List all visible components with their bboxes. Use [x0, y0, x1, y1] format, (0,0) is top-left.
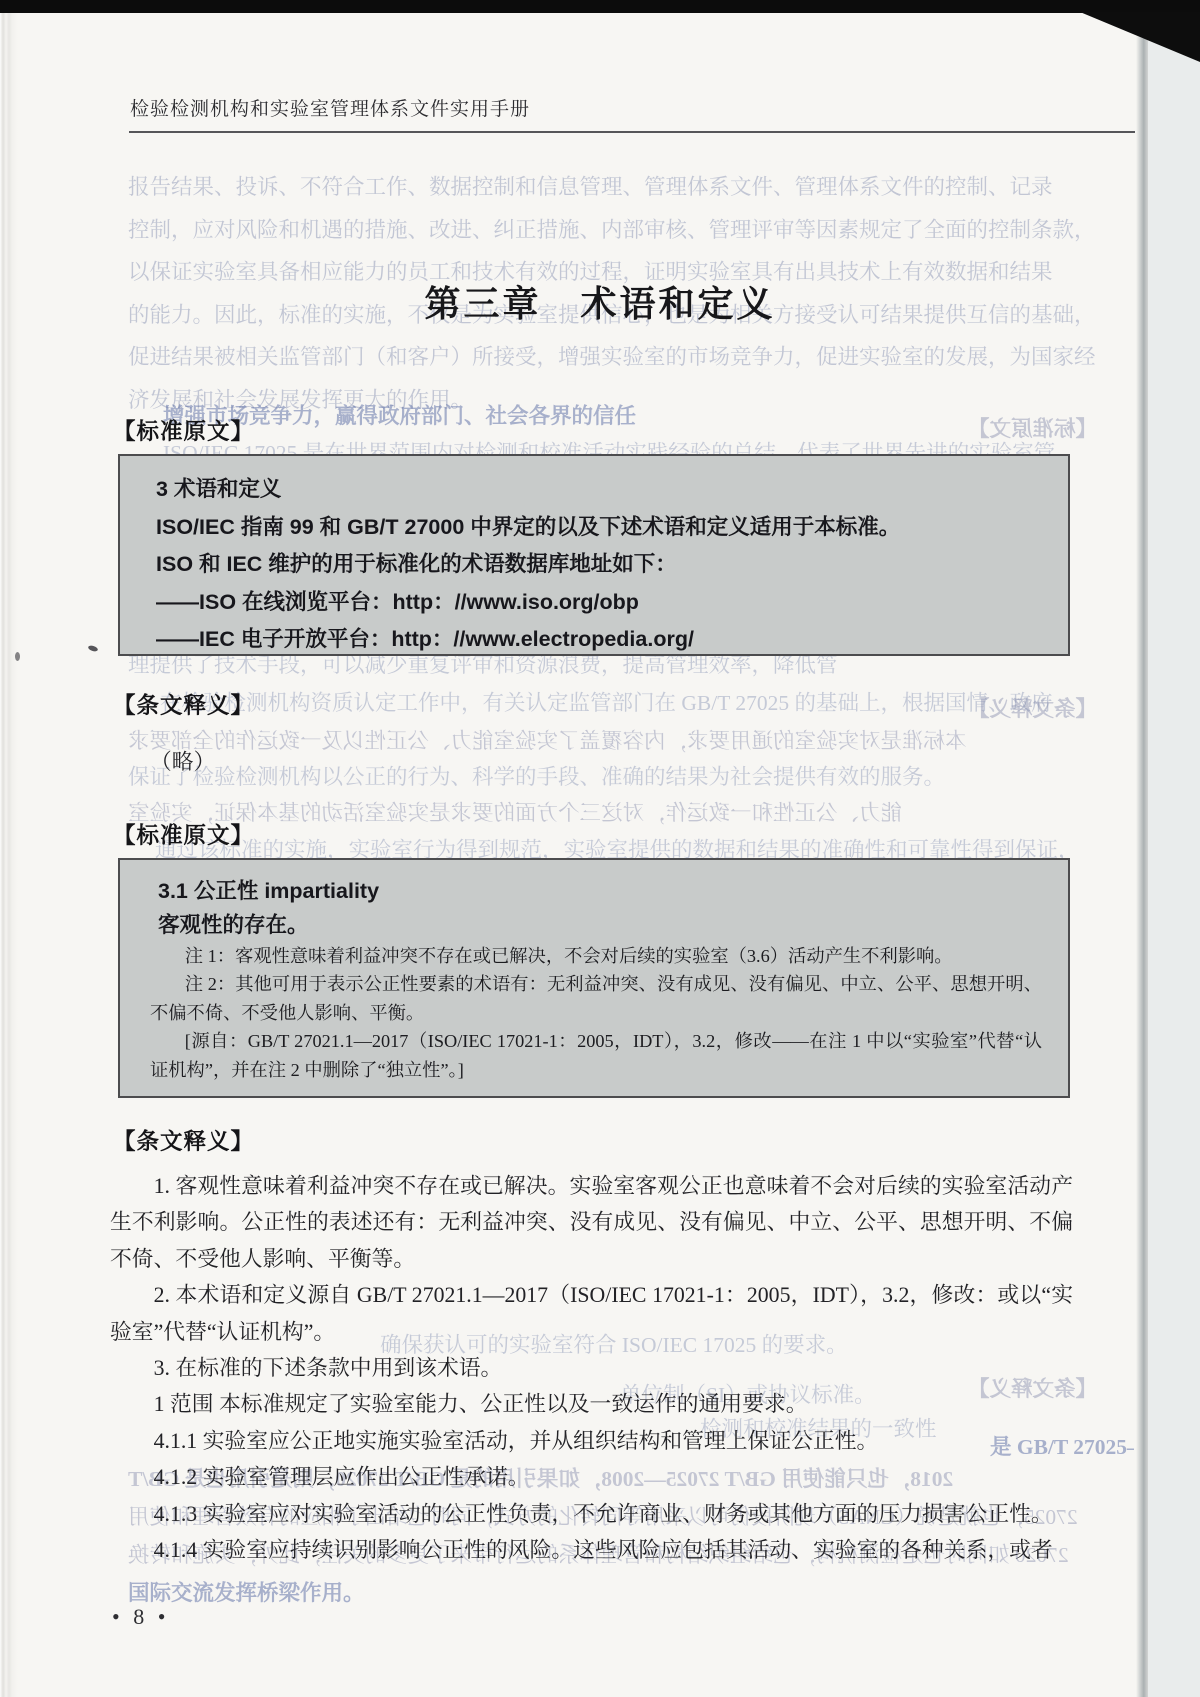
facing-page-sliver	[1148, 13, 1200, 1697]
section-label-interpretation: 【条文释义】	[113, 1124, 254, 1156]
ghost-line: 本标准是对实验室的通用要求，内容覆盖了实验室能力、公正性以及一致运作的全部要求	[128, 724, 967, 755]
running-header: 检验检测机构和实验室管理体系文件实用手册	[130, 94, 530, 121]
ghost-line: 在检验检测机构资质认定工作中，有关认定监管部门在 GB/T 27025 的基础上…	[160, 686, 1052, 717]
term-note1: 注 1：客观性意味着利益冲突不存在或已解决，不会对后续的实验室（3.6）活动产生…	[150, 942, 1042, 970]
standard-quote-box-impartiality: 3.1 公正性 impartiality 客观性的存在。 注 1：客观性意味着利…	[118, 858, 1070, 1098]
term-note2: 注 2：其他可用于表示公正性要素的术语有：无利益冲突、没有成见、没有偏见、中立、…	[150, 970, 1042, 1027]
scanned-book-page: 报告结果、投诉、不符合工作、数据控制和信息管理、管理体系文件、管理体系文件的控制…	[0, 0, 1200, 1697]
interpretation-paragraph: 4.1.2 实验室管理层应作出公正性承诺。	[110, 1459, 1073, 1495]
ghost-line: 报告结果、投诉、不符合工作、数据控制和信息管理、管理体系文件、管理体系文件的控制…	[128, 166, 1128, 209]
interpretation-paragraph: 2. 本术语和定义源自 GB/T 27021.1—2017（ISO/IEC 17…	[110, 1277, 1073, 1350]
section-label-standard-text: 【标准原文】	[113, 818, 254, 850]
interpretation-body: 1. 客观性意味着利益冲突不存在或已解决。实验室客观公正也意味着不会对后续的实验…	[110, 1168, 1073, 1568]
box-line: ISO 和 IEC 维护的用于标准化的术语数据库地址如下：	[156, 546, 1040, 584]
interpretation-paragraph: 4.1.1 实验室应公正地实施实验室活动，并从组织结构和管理上保证公正性。	[110, 1423, 1073, 1459]
omitted-note: （略）	[150, 745, 215, 776]
scanner-edge-top	[0, 0, 1200, 13]
interpretation-paragraph: 4.1.4 实验室应持续识别影响公正性的风险。这些风险应包括其活动、实验室的各种…	[110, 1532, 1073, 1568]
standard-quote-box-terms: 3 术语和定义 ISO/IEC 指南 99 和 GB/T 27000 中界定的以…	[118, 454, 1070, 656]
term-source: [源自：GB/T 27021.1—2017（ISO/IEC 17021-1：20…	[150, 1027, 1042, 1084]
term-definition: 客观性的存在。	[158, 908, 1042, 942]
ghost-line: 控制，应对风险和机遇的措施、改进、纠正措施、内部审核、管理评审等因素规定了全面的…	[128, 209, 1128, 252]
box-line-iec-url: ——IEC 电子开放平台：http：//www.electropedia.org…	[156, 621, 1040, 659]
header-rule	[129, 131, 1135, 133]
ink-speck	[15, 652, 20, 661]
interpretation-paragraph: 3. 在标准的下述条款中用到该术语。	[110, 1350, 1073, 1386]
ghost-line: 促进结果被相关监管部门（和客户）所接受，增强实验室的市场竞争力，促进实验室的发展…	[128, 336, 1128, 379]
ghost-line: 【标准原文】	[968, 412, 1097, 443]
term-heading: 3.1 公正性 impartiality	[158, 874, 1042, 908]
book-page-edges	[0, 13, 36, 1697]
page-number: • 8 •	[112, 1604, 169, 1630]
section-label-interpretation: 【条文释义】	[113, 688, 254, 720]
box-line: ISO/IEC 指南 99 和 GB/T 27000 中界定的以及下述术语和定义…	[156, 509, 1040, 547]
ghost-line: 保证了检验检测机构以公正的行为、科学的手段、准确的结果为社会提供有效的服务。	[128, 760, 945, 791]
box-heading: 3 术语和定义	[156, 471, 1040, 509]
section-label-standard-text: 【标准原文】	[113, 414, 254, 446]
interpretation-paragraph: 4.1.3 实验室应对实验室活动的公正性负责，不允许商业、财务或其他方面的压力损…	[110, 1496, 1073, 1532]
interpretation-paragraph: 1. 客观性意味着利益冲突不存在或已解决。实验室客观公正也意味着不会对后续的实验…	[110, 1168, 1073, 1277]
interpretation-paragraph: 1 范围 本标准规定了实验室能力、公正性以及一致运作的通用要求。	[110, 1386, 1073, 1422]
chapter-title: 第三章 术语和定义	[130, 276, 1070, 327]
ghost-line: 国际交流发挥桥梁作用。	[128, 1576, 365, 1607]
box-line-iso-url: ——ISO 在线浏览平台：http：//www.iso.org/obp	[156, 584, 1040, 622]
